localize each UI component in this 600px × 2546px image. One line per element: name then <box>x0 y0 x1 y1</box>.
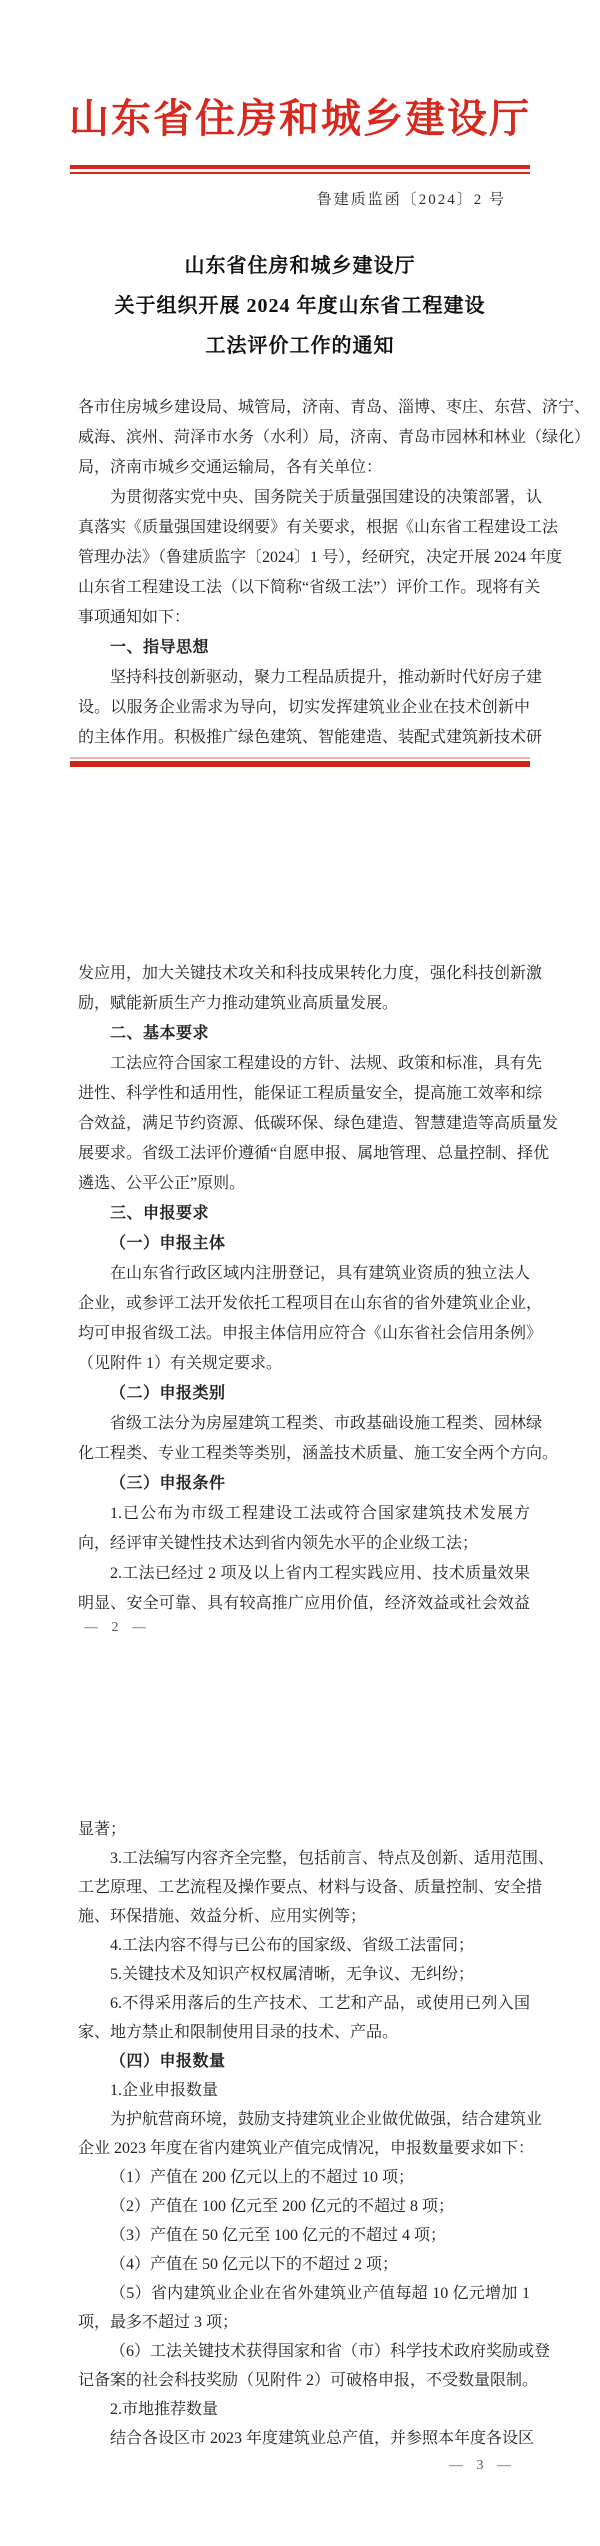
body-text-line: 管理办法》（鲁建质监字〔2024〕1 号），经研究，决定开展 2024 年度 <box>78 543 530 573</box>
body-text-line: 事项通知如下： <box>78 603 530 633</box>
body-text-line: 为贯彻落实党中央、国务院关于质量强国建设的决策部署，认 <box>78 483 530 513</box>
body-text-line: 1.企业申报数量 <box>78 2076 530 2105</box>
body-text-line: 真落实《质量强国建设纲要》有关要求，根据《山东省工程建设工法 <box>78 513 530 543</box>
body-text-line: 的主体作用。积极推广绿色建筑、智能建造、装配式建筑新技术研 <box>78 723 530 753</box>
body-text-line: （5）省内建筑业企业在省外建筑业产值每超 10 亿元增加 1 <box>78 2279 530 2308</box>
document-number: 鲁建质监函〔2024〕2 号 <box>317 188 506 209</box>
body-text-line: （2）产值在 100 亿元至 200 亿元的不超过 8 项； <box>78 2192 530 2221</box>
page2-body: 发应用，加大关键技术攻关和科技成果转化力度，强化科技创新激励，赋能新质生产力推动… <box>78 959 530 1619</box>
body-text-line: 省级工法分为房屋建筑工程类、市政基础设施工程类、园林绿 <box>78 1409 530 1439</box>
body-text-line: 明显、安全可靠、具有较高推广应用价值，经济效益或社会效益 <box>78 1589 530 1619</box>
body-text-line: 各市住房城乡建设局、城管局，济南、青岛、淄博、枣庄、东营、济宁、 <box>78 393 530 423</box>
body-text-line: 工法应符合国家工程建设的方针、法规、政策和标准，具有先 <box>78 1049 530 1079</box>
body-text-line: 企业 2023 年度在省内建筑业产值完成情况，申报数量要求如下： <box>78 2134 530 2163</box>
body-text-line: 励，赋能新质生产力推动建筑业高质量发展。 <box>78 989 530 1019</box>
notice-title-line-2: 关于组织开展 2024 年度山东省工程建设 <box>30 286 570 326</box>
body-text-line: 1.已公布为市级工程建设工法或符合国家建筑技术发展方 <box>78 1499 530 1529</box>
body-text-line: 坚持科技创新驱动，聚力工程品质提升，推动新时代好房子建 <box>78 663 530 693</box>
body-text-line: 山东省工程建设工法（以下简称“省级工法”）评价工作。现将有关 <box>78 573 530 603</box>
body-text-line: 设。以服务企业需求为导向，切实发挥建筑业企业在技术创新中 <box>78 693 530 723</box>
body-text-line: 在山东省行政区域内注册登记，具有建筑业资质的独立法人 <box>78 1259 530 1289</box>
body-text-line: 威海、滨州、菏泽市水务（水利）局，济南、青岛市园林和林业（绿化） <box>78 423 530 453</box>
body-text-line: （见附件 1）有关规定要求。 <box>78 1349 530 1379</box>
body-text-line: （3）产值在 50 亿元至 100 亿元的不超过 4 项； <box>78 2221 530 2250</box>
body-text-line: 遴选、公平公正”原则。 <box>78 1169 530 1199</box>
body-text-line: 2.市地推荐数量 <box>78 2395 530 2424</box>
notice-title-line-1: 山东省住房和城乡建设厅 <box>30 246 570 286</box>
body-text-line: 进性、科学性和适用性，能保证工程质量安全，提高施工效率和综 <box>78 1079 530 1109</box>
section-heading-line: 一、指导思想 <box>78 633 530 663</box>
section-heading-line: （三）申报条件 <box>78 1469 530 1499</box>
body-text-line: 5.关键技术及知识产权权属清晰，无争议、无纠纷； <box>78 1960 530 1989</box>
notice-title: 山东省住房和城乡建设厅 关于组织开展 2024 年度山东省工程建设 工法评价工作… <box>30 246 570 366</box>
section-heading-line: 二、基本要求 <box>78 1019 530 1049</box>
body-text-line: 局，济南市城乡交通运输局，各有关单位： <box>78 453 530 483</box>
body-text-line: 均可申报省级工法。申报主体信用应符合《山东省社会信用条例》 <box>78 1319 530 1349</box>
body-text-line: 工艺原理、工艺流程及操作要点、材料与设备、质量控制、安全措 <box>78 1873 530 1902</box>
body-text-line: 合效益，满足节约资源、低碳环保、绿色建造、智慧建造等高质量发 <box>78 1109 530 1139</box>
body-text-line: （4）产值在 50 亿元以下的不超过 2 项； <box>78 2250 530 2279</box>
body-text-line: 项，最多不超过 3 项； <box>78 2308 530 2337</box>
page3-body: 显著；3.工法编写内容齐全完整，包括前言、特点及创新、适用范围、工艺原理、工艺流… <box>78 1815 530 2453</box>
page1-footer-rule-thin <box>70 757 530 759</box>
body-text-line: 家、地方禁止和限制使用目录的技术、产品。 <box>78 2018 530 2047</box>
body-text-line: 发应用，加大关键技术攻关和科技成果转化力度，强化科技创新激 <box>78 959 530 989</box>
section-heading-line: （四）申报数量 <box>78 2047 530 2076</box>
page1-footer-rule-thick <box>70 761 530 767</box>
body-text-line: 2.工法已经过 2 项及以上省内工程实践应用、技术质量效果 <box>78 1559 530 1589</box>
body-text-line: 向，经评审关键性技术达到省内领先水平的企业级工法； <box>78 1529 530 1559</box>
body-text-line: 6.不得采用落后的生产技术、工艺和产品，或使用已列入国 <box>78 1989 530 2018</box>
body-text-line: 显著； <box>78 1815 530 1844</box>
body-text-line: （6）工法关键技术获得国家和省（市）科学技术政府奖励或登 <box>78 2337 530 2366</box>
notice-title-line-3: 工法评价工作的通知 <box>30 326 570 366</box>
page-number-2: — 2 — <box>84 1620 151 1636</box>
section-heading-line: （一）申报主体 <box>78 1229 530 1259</box>
page-number-3: — 3 — <box>449 2458 516 2474</box>
letterhead-rule-thick <box>70 165 530 169</box>
document-page: 山东省住房和城乡建设厅 鲁建质监函〔2024〕2 号 山东省住房和城乡建设厅 关… <box>0 0 600 2546</box>
page1-body: 各市住房城乡建设局、城管局，济南、青岛、淄博、枣庄、东营、济宁、威海、滨州、菏泽… <box>78 393 530 753</box>
body-text-line: 3.工法编写内容齐全完整，包括前言、特点及创新、适用范围、 <box>78 1844 530 1873</box>
letterhead-agency-name: 山东省住房和城乡建设厅 <box>0 94 600 144</box>
body-text-line: （1）产值在 200 亿元以上的不超过 10 项； <box>78 2163 530 2192</box>
body-text-line: 为护航营商环境，鼓励支持建筑业企业做优做强，结合建筑业 <box>78 2105 530 2134</box>
body-text-line: 化工程类、专业工程类等类别，涵盖技术质量、施工安全两个方向。 <box>78 1439 530 1469</box>
body-text-line: 结合各设区市 2023 年度建筑业总产值，并参照本年度各设区 <box>78 2424 530 2453</box>
body-text-line: 展要求。省级工法评价遵循“自愿申报、属地管理、总量控制、择优 <box>78 1139 530 1169</box>
body-text-line: 4.工法内容不得与已公布的国家级、省级工法雷同； <box>78 1931 530 1960</box>
section-heading-line: （二）申报类别 <box>78 1379 530 1409</box>
body-text-line: 记备案的社会科技奖励（见附件 2）可破格申报，不受数量限制。 <box>78 2366 530 2395</box>
letterhead-rule-thin <box>70 172 530 174</box>
body-text-line: 企业，或参评工法开发依托工程项目在山东省的省外建筑业企业， <box>78 1289 530 1319</box>
section-heading-line: 三、申报要求 <box>78 1199 530 1229</box>
body-text-line: 施、环保措施、效益分析、应用实例等； <box>78 1902 530 1931</box>
